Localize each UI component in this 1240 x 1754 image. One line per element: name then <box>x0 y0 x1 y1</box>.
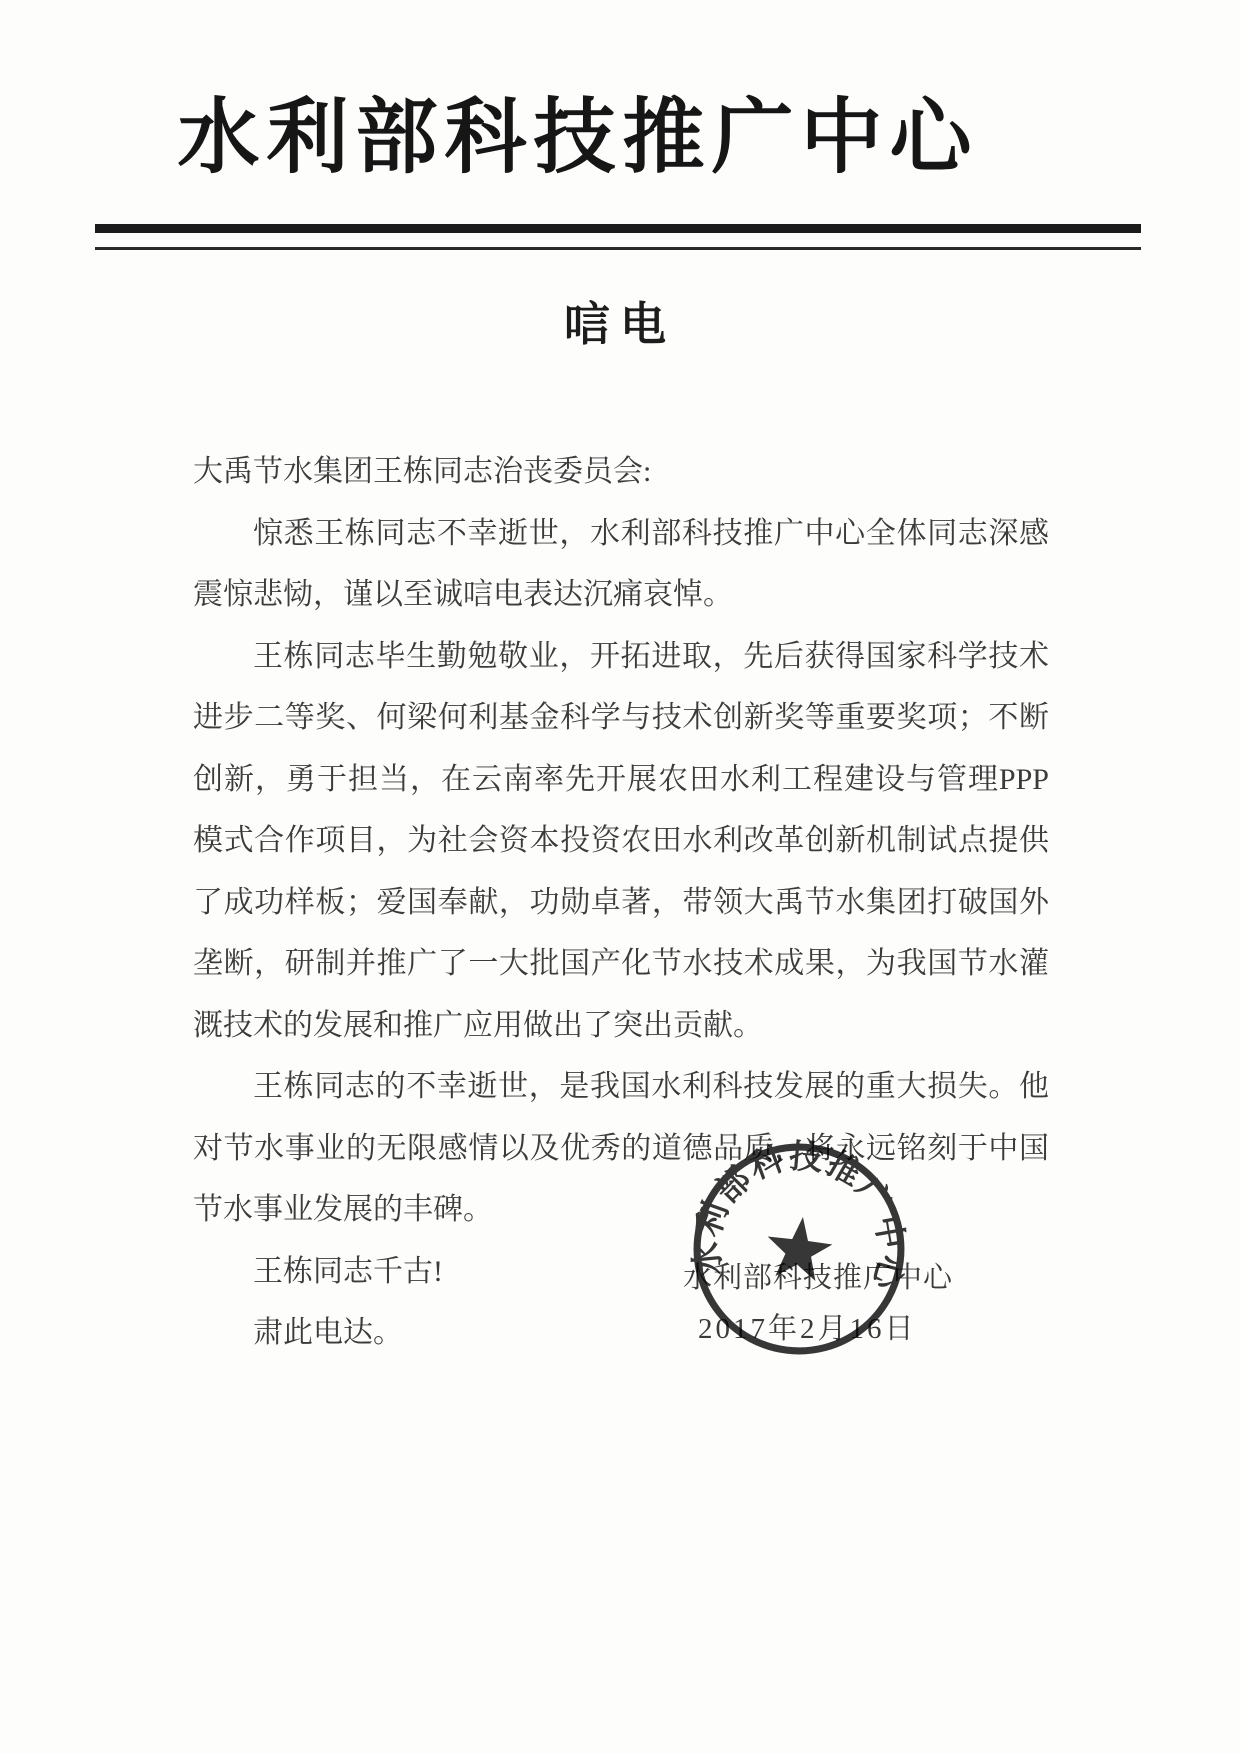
seal-text: 水利部科技推广中心 <box>684 1126 923 1303</box>
paragraph-2: 王栋同志毕生勤勉敬业，开拓进取，先后获得国家科学技术进步二等奖、何梁何利基金科学… <box>193 626 1049 1057</box>
letterhead-org-name: 水利部科技推广中心 <box>0 72 1198 189</box>
salutation: 大禹节水集团王栋同志治丧委员会: <box>193 441 1049 503</box>
paragraph-1: 惊悉王栋同志不幸逝世，水利部科技推广中心全体同志深感震惊悲恸，谨以至诚唁电表达沉… <box>193 503 1049 626</box>
scanned-letter-page: 水利部科技推广中心 唁电 大禹节水集团王栋同志治丧委员会: 惊悉王栋同志不幸逝世… <box>0 0 1240 1754</box>
star-icon <box>763 1213 835 1283</box>
official-round-seal: 水利部科技推广中心 <box>675 1125 922 1372</box>
letterhead-rule-thin <box>95 247 1141 250</box>
svg-text:水利部科技推广中心: 水利部科技推广中心 <box>684 1126 923 1303</box>
paragraph-5-closing: 肃此电达。 <box>193 1302 1049 1364</box>
page-title: 唁电 <box>0 288 1240 354</box>
paragraph-3: 王栋同志的不幸逝世，是我国水利科技发展的重大损失。他对节水事业的无限感情以及优秀… <box>193 1056 1049 1241</box>
letterhead-rule-thick <box>95 224 1141 233</box>
letter-body: 大禹节水集团王栋同志治丧委员会: 惊悉王栋同志不幸逝世，水利部科技推广中心全体同… <box>193 441 1049 1364</box>
